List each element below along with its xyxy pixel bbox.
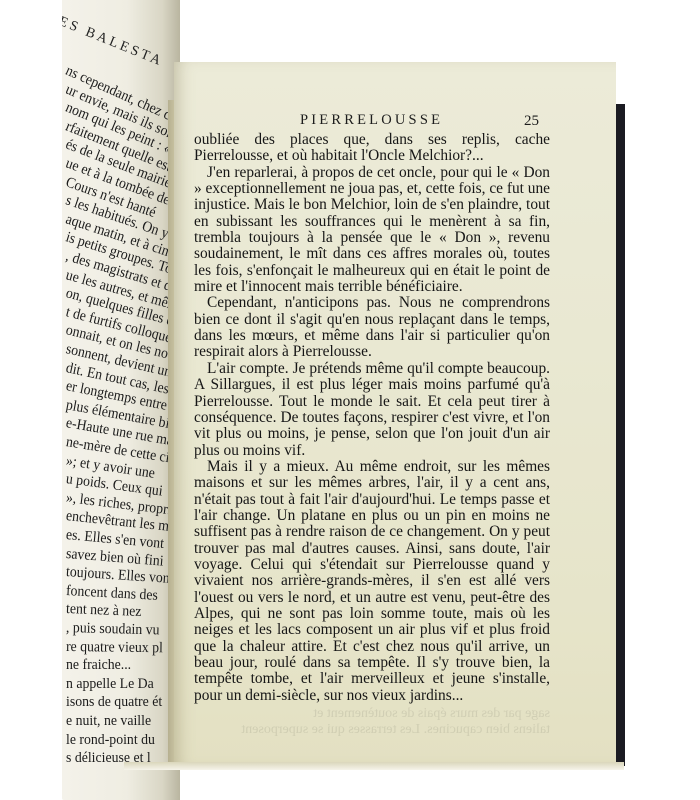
left-page-line: tent nez à nez xyxy=(66,601,142,621)
show-through-line: sage par des murs épais de soutènement e… xyxy=(230,706,550,722)
body-text: oubliée des places que, dans ses replis,… xyxy=(194,132,550,704)
show-through-line: taliens bien capucines. Les terrasses qu… xyxy=(230,722,550,738)
paragraph: Cependant, n'anticipons pas. Nous ne com… xyxy=(194,295,550,360)
left-running-head: ES BALESTA xyxy=(62,14,166,71)
running-head: PIERRELOUSSE xyxy=(300,112,443,129)
left-page-curled: ES BALESTA ns cependant, chez cesur envi… xyxy=(62,0,180,800)
page-number: 25 xyxy=(524,113,539,130)
paragraph: oubliée des places que, dans ses replis,… xyxy=(194,132,550,165)
left-page-line: , puis soudain vu xyxy=(66,620,160,639)
left-page-line: ne fraiche... xyxy=(66,657,131,674)
paragraph: Mais il y a mieux. Au même endroit, sur … xyxy=(194,459,550,704)
left-page-line: re quatre vieux pl xyxy=(66,639,163,657)
paragraph: J'en reparlerai, à propos de cet oncle, … xyxy=(194,165,550,296)
book-cover-edge xyxy=(616,104,625,766)
left-page-line: isons de quatre ét xyxy=(66,694,162,711)
show-through-text: sage par des murs épais de soutènement e… xyxy=(230,706,550,738)
left-page-line: n appelle Le Da xyxy=(66,676,154,693)
left-page-line: le rond-point du xyxy=(66,732,155,749)
left-page-line: e nuit, ne vaille xyxy=(66,713,151,730)
page-bottom-edge xyxy=(124,762,624,770)
paragraph: L'air compte. Je prétends même qu'il com… xyxy=(194,361,550,459)
